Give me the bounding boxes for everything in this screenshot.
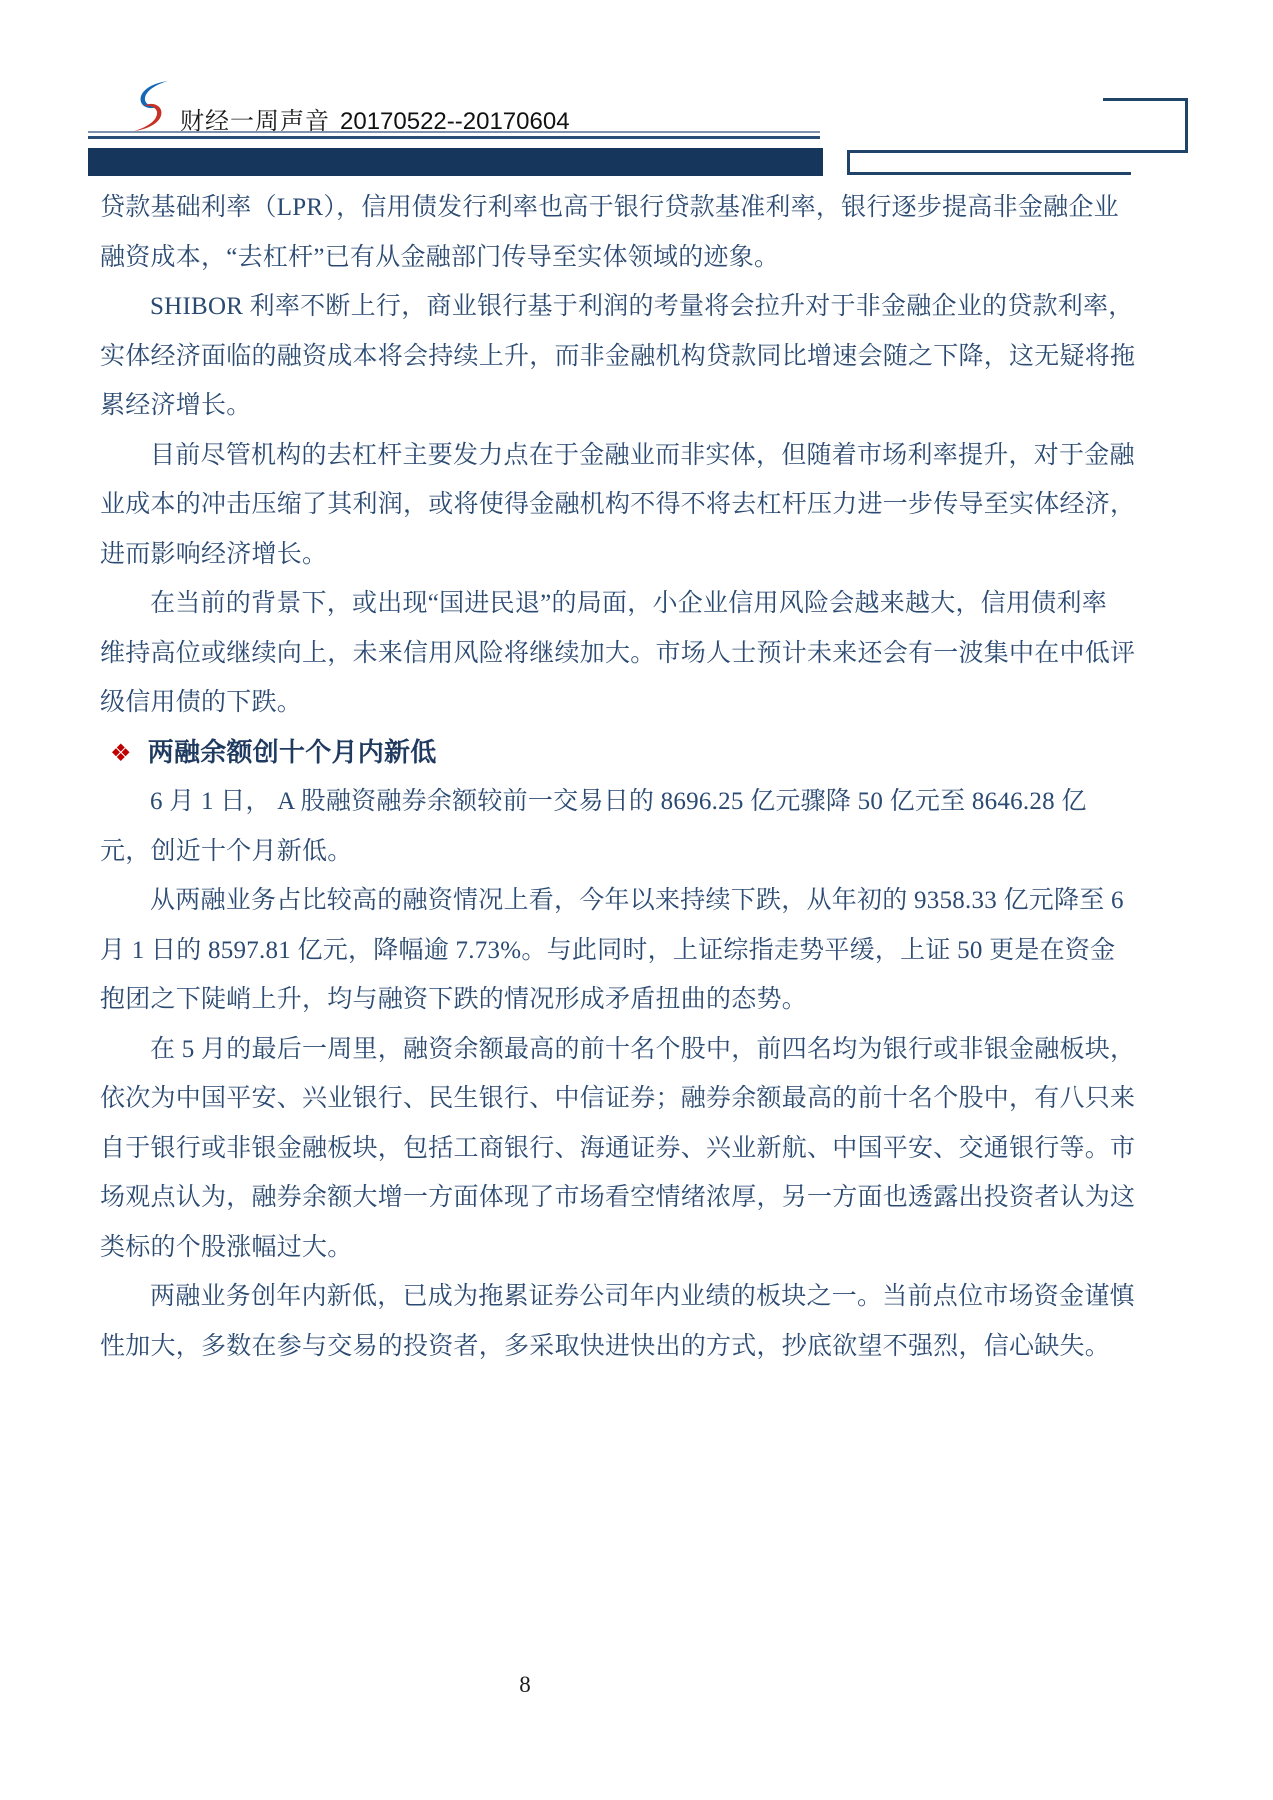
text-line: 在 5 月的最后一周里，融资余额最高的前十名个股中，前四名均为银行或非银金融板块…: [100, 1025, 1172, 1075]
text-line: 场观点认为，融券余额大增一方面体现了市场看空情绪浓厚，另一方面也透露出投资者认为…: [100, 1173, 1172, 1223]
text-line: 业成本的冲击压缩了其利润，或将使得金融机构不得不将去杠杆压力进一步传导至实体经济…: [100, 480, 1172, 530]
header-double-rule: [88, 131, 820, 139]
decorative-line-segment: [847, 172, 1131, 175]
text-line: 元，创近十个月新低。: [100, 827, 1172, 877]
text-line: 6 月 1 日， A 股融资融券余额较前一交易日的 8696.25 亿元骤降 5…: [100, 777, 1172, 827]
text-line: 累经济增长。: [100, 381, 1172, 431]
navy-title-bar: [88, 148, 823, 176]
header-title: 财经一周声音20170522--20170604: [180, 101, 570, 131]
text-line: 维持高位或继续向上，未来信用风险将继续加大。市场人士预计未来还会有一波集中在中低…: [100, 629, 1172, 679]
text-line: 进而影响经济增长。: [100, 530, 1172, 580]
text-line: 自于银行或非银金融板块，包括工商银行、海通证券、兴业新航、中国平安、交通银行等。…: [100, 1124, 1172, 1174]
section-heading-label: 两融余额创十个月内新低: [148, 738, 437, 767]
s-swoosh-logo-icon: [131, 80, 171, 132]
diamond-bullet-icon: ❖: [110, 741, 132, 767]
body-text: 贷款基础利率（LPR），信用债发行利率也高于银行贷款基准利率，银行逐步提高非金融…: [100, 183, 1172, 1371]
text-line: 实体经济面临的融资成本将会持续上升，而非金融机构贷款同比增速会随之下降，这无疑将…: [100, 332, 1172, 382]
text-line: 贷款基础利率（LPR），信用债发行利率也高于银行贷款基准利率，银行逐步提高非金融…: [100, 183, 1172, 233]
text-line: 级信用债的下跌。: [100, 678, 1172, 728]
text-line: 从两融业务占比较高的融资情况上看，今年以来持续下跌，从年初的 9358.33 亿…: [100, 876, 1172, 926]
decorative-line-segment: [847, 150, 1188, 153]
text-line: SHIBOR 利率不断上行，商业银行基于利润的考量将会拉升对于非金融企业的贷款利…: [100, 282, 1172, 332]
text-line: 在当前的背景下，或出现“国进民退”的局面，小企业信用风险会越来越大，信用债利率: [100, 579, 1172, 629]
text-line: 依次为中国平安、兴业银行、民生银行、中信证券；融券余额最高的前十名个股中，有八只…: [100, 1074, 1172, 1124]
text-line: 类标的个股涨幅过大。: [100, 1223, 1172, 1273]
text-line: 目前尽管机构的去杠杆主要发力点在于金融业而非实体，但随着市场利率提升，对于金融: [100, 431, 1172, 481]
text-line: 融资成本，“去杠杆”已有从金融部门传导至实体领域的迹象。: [100, 233, 1172, 283]
decorative-line-segment: [1185, 98, 1188, 153]
text-line: 月 1 日的 8597.81 亿元，降幅逾 7.73%。与此同时，上证综指走势平…: [100, 926, 1172, 976]
text-line: 性加大，多数在参与交易的投资者，多采取快进快出的方式，抄底欲望不强烈，信心缺失。: [100, 1322, 1172, 1372]
page-number: 8: [505, 1672, 545, 1698]
text-line: 两融业务创年内新低，已成为拖累证券公司年内业绩的板块之一。当前点位市场资金谨慎: [100, 1272, 1172, 1322]
section-heading: ❖两融余额创十个月内新低: [100, 728, 1172, 778]
document-page: 财经一周声音20170522--20170604 贷款基础利率（LPR），信用债…: [0, 0, 1273, 1800]
text-line: 抱团之下陡峭上升，均与融资下跌的情况形成矛盾扭曲的态势。: [100, 975, 1172, 1025]
decorative-line-segment: [1103, 98, 1188, 101]
